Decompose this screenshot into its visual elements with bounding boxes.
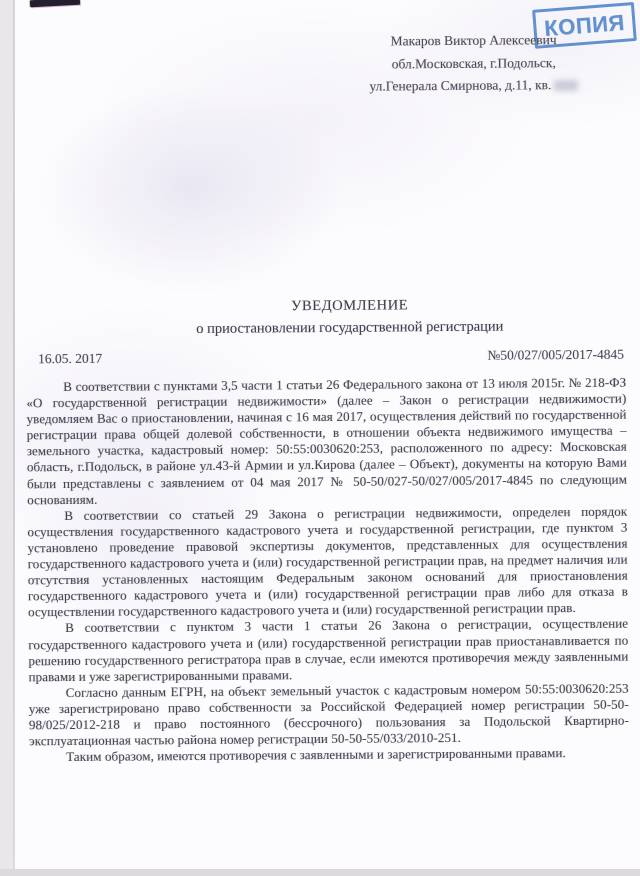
paragraph-article-29: В соответствии со статьей 29 Закона о ре…: [27, 503, 628, 620]
redacted-apartment-number: [554, 80, 578, 91]
meta-row: 16.05. 2017 №50/027/005/2017-4845: [38, 347, 624, 368]
paragraph-legal-basis: В соответствии с пунктами 3,5 части 1 ст…: [26, 375, 627, 508]
recipient-block: Макаров Виктор Алексеевич обл.Московская…: [317, 29, 630, 99]
document-subtitle: о приостановлении государственной регист…: [60, 314, 640, 341]
paragraph-egrn-data: Согласно данным ЕГРН, на объект земельны…: [29, 680, 629, 749]
recipient-address-line1: обл.Московская, г.Подольск,: [318, 51, 630, 76]
document-body: В соответствии с пунктами 3,5 части 1 ст…: [26, 375, 629, 766]
document-title-block: УВЕДОМЛЕНИЕ о приостановлении государств…: [60, 292, 640, 341]
recipient-address-line2: ул.Генерала Смирнова, д.11, кв.: [318, 74, 630, 99]
scanned-document-page: { "doc": { "stamp_label": "КОПИЯ", "reci…: [0, 0, 640, 876]
document-content: КОПИЯ Макаров Виктор Алексеевич обл.Моск…: [0, 0, 640, 876]
paragraph-conclusion: Таким образом, имеются противоречия с за…: [29, 745, 629, 766]
paragraph-point-3: В соответствии с пунктом 3 части 1 стать…: [28, 616, 628, 685]
document-date: 16.05. 2017: [38, 351, 102, 368]
recipient-name: Макаров Виктор Алексеевич: [317, 29, 629, 54]
document-number: №50/027/005/2017-4845: [487, 347, 624, 364]
scan-bottom-edge: [0, 869, 640, 876]
